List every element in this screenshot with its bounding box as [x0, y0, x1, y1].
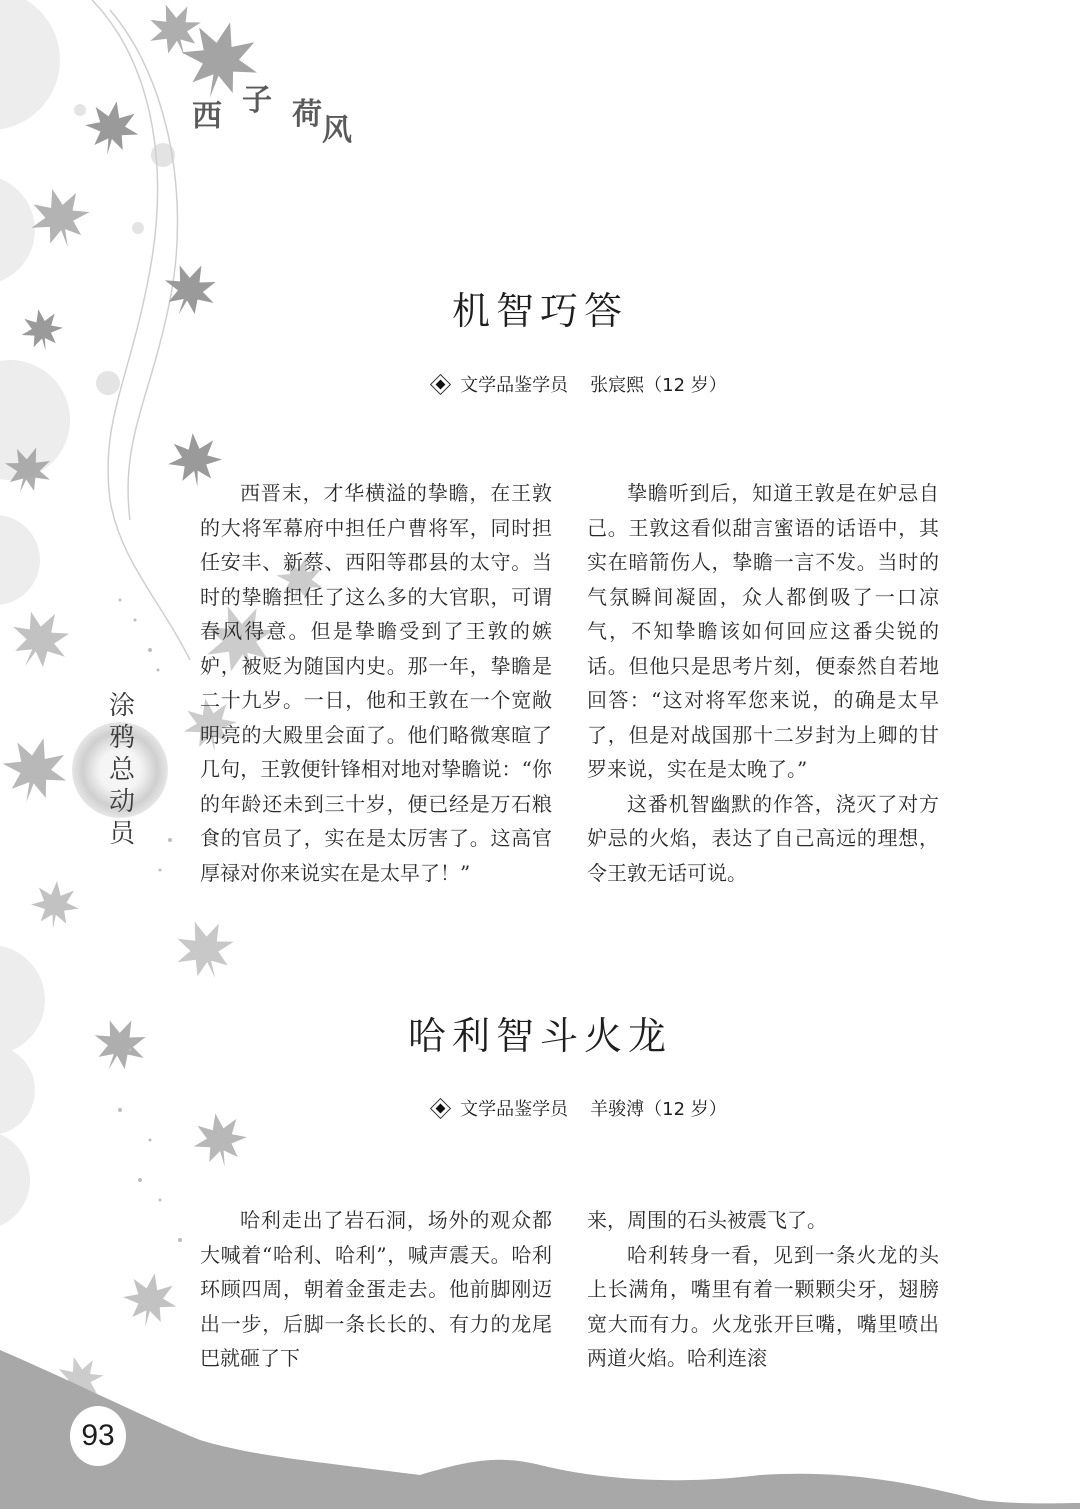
paragraph: 这番机智幽默的作答，浇灭了对方妒忌的火焰，表达了自己高远的理想，令王敦无话可说。: [587, 787, 939, 891]
side-label-char: 员: [102, 818, 142, 850]
side-label-char: 总: [102, 754, 142, 786]
section-header-char: 风: [322, 116, 352, 146]
section-header-char: 荷: [292, 100, 322, 130]
side-label-char: 鸦: [102, 722, 142, 754]
byline-role: 文学品鉴学员: [460, 1099, 568, 1120]
byline-author: 张宸熙: [590, 375, 644, 396]
article-right-column: 来，周围的石头被震飞了。 哈利转身一看，见到一条火龙的头上长满角，嘴里有着一颗颗…: [587, 1203, 939, 1376]
paragraph: 挚瞻听到后，知道王敦是在妒忌自己。王敦这看似甜言蜜语的话语中，其实在暗箭伤人，挚…: [587, 476, 939, 787]
byline-role: 文学品鉴学员: [460, 375, 568, 396]
section-header: 西 子 荷 风: [190, 92, 390, 152]
page-number: 93: [70, 1406, 126, 1466]
byline-age: （12 岁）: [644, 375, 727, 396]
diamond-bullet-icon: [430, 374, 451, 395]
byline-author: 羊骏溥: [590, 1099, 644, 1120]
article-left-column: 哈利走出了岩石洞，场外的观众都大喊着“哈利、哈利”，喊声震天。哈利环顾四周，朝着…: [200, 1203, 552, 1376]
article-right-column: 挚瞻听到后，知道王敦是在妒忌自己。王敦这看似甜言蜜语的话语中，其实在暗箭伤人，挚…: [587, 476, 939, 890]
section-header-char: 子: [242, 86, 272, 116]
article-byline: 文学品鉴学员羊骏溥（12 岁）: [0, 1095, 1080, 1121]
article-left-column: 西晋末，才华横溢的挚瞻，在王敦的大将军幕府中担任户曹将军，同时担任安丰、新蔡、西…: [200, 476, 552, 890]
side-label-char: 涂: [102, 690, 142, 722]
paragraph: 哈利转身一看，见到一条火龙的头上长满角，嘴里有着一颗颗尖牙，翅膀宽大而有力。火龙…: [587, 1238, 939, 1376]
article-title: 机智巧答: [0, 280, 1080, 335]
side-label: 涂 鸦 总 动 员: [102, 690, 142, 850]
paragraph: 西晋末，才华横溢的挚瞻，在王敦的大将军幕府中担任户曹将军，同时担任安丰、新蔡、西…: [200, 476, 552, 890]
paragraph-continuation: 来，周围的石头被震飞了。: [587, 1203, 939, 1238]
article-title: 哈利智斗火龙: [0, 1005, 1080, 1060]
byline-age: （12 岁）: [644, 1099, 727, 1120]
diamond-bullet-icon: [430, 1098, 451, 1119]
article-byline: 文学品鉴学员张宸熙（12 岁）: [0, 371, 1080, 397]
paragraph: 哈利走出了岩石洞，场外的观众都大喊着“哈利、哈利”，喊声震天。哈利环顾四周，朝着…: [200, 1203, 552, 1376]
section-header-char: 西: [192, 102, 222, 132]
side-label-char: 动: [102, 786, 142, 818]
